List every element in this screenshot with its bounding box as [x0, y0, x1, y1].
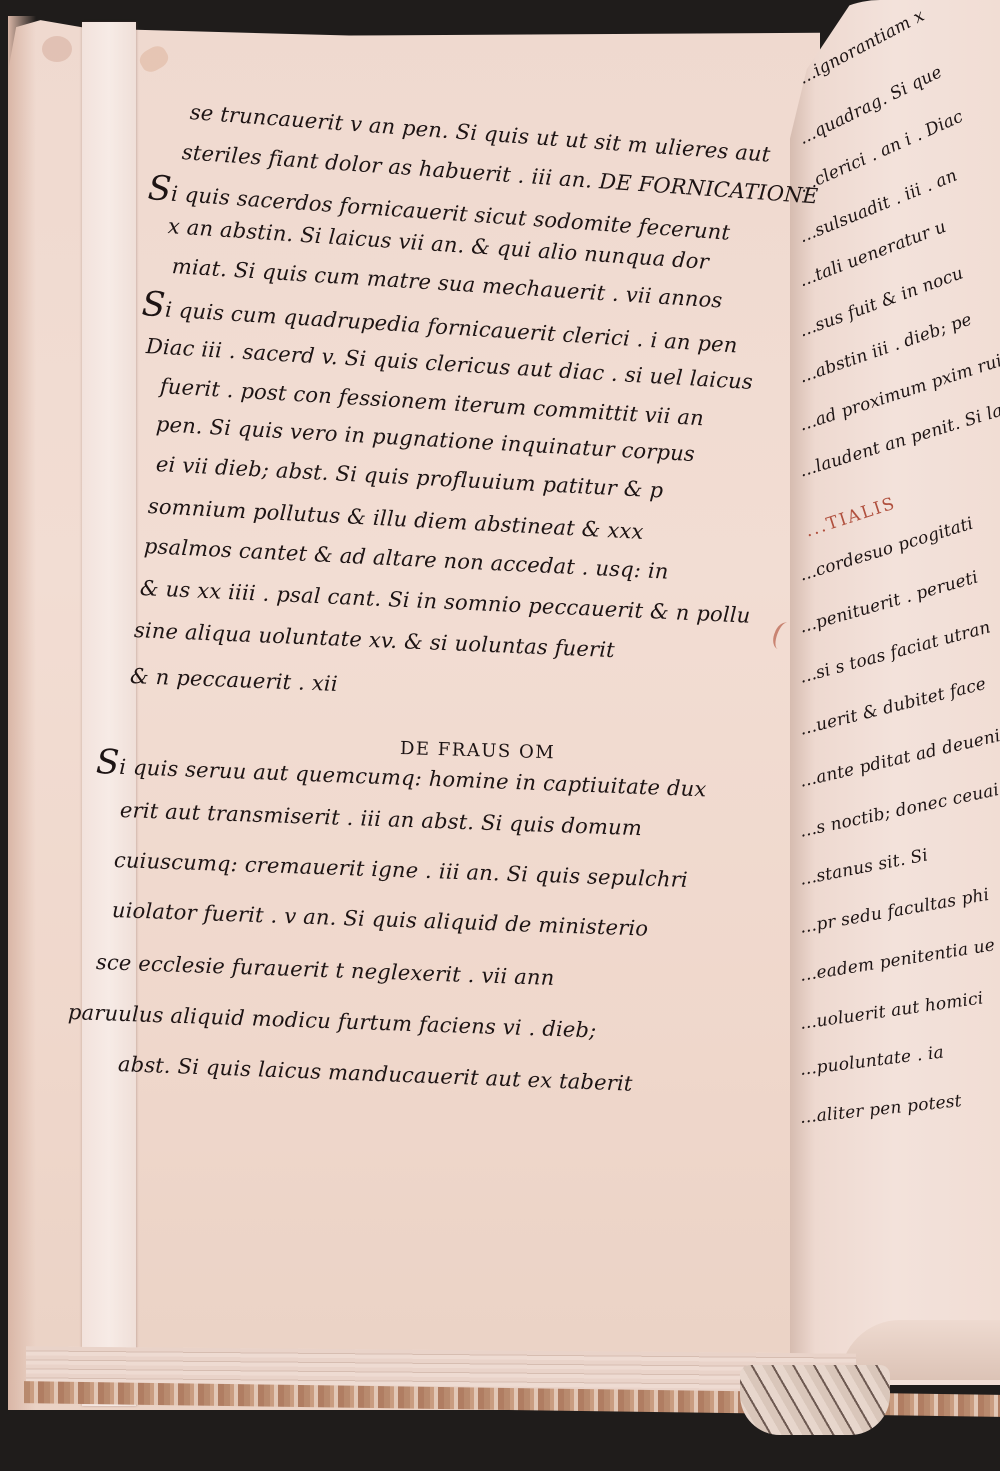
spine-curl	[740, 1365, 890, 1435]
paper-guard-strip	[82, 22, 136, 1406]
manuscript-photo: se truncauerit v an pen. Si quis ut ut s…	[0, 0, 1000, 1471]
left-page-edge	[8, 16, 36, 1410]
parchment-stain	[42, 36, 72, 62]
